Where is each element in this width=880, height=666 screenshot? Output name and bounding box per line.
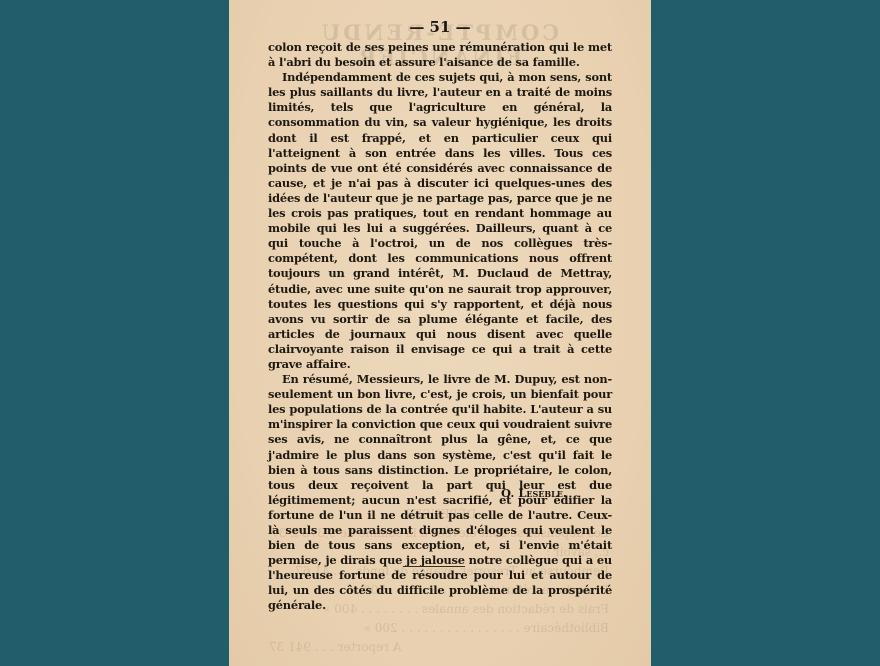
paragraph: Indépendamment de ces sujets qui, à mon … [268,70,612,372]
ghost-line: A reporter . . . 941 37 [269,638,609,657]
document-page: COMPTE-RENDU FINANCIER DÉPENSES. Les dép… [229,0,651,666]
paragraph: colon reçoit de ses peines une rémunérat… [268,40,612,70]
separator-rule [403,566,465,567]
body-text: colon reçoit de ses peines une rémunérat… [268,40,612,614]
signature: O. Lesèble. [501,486,567,500]
page-number: — 51 — [229,18,651,36]
ghost-line: Bibliothécaire . . . . . . . . . . . . .… [269,619,609,638]
